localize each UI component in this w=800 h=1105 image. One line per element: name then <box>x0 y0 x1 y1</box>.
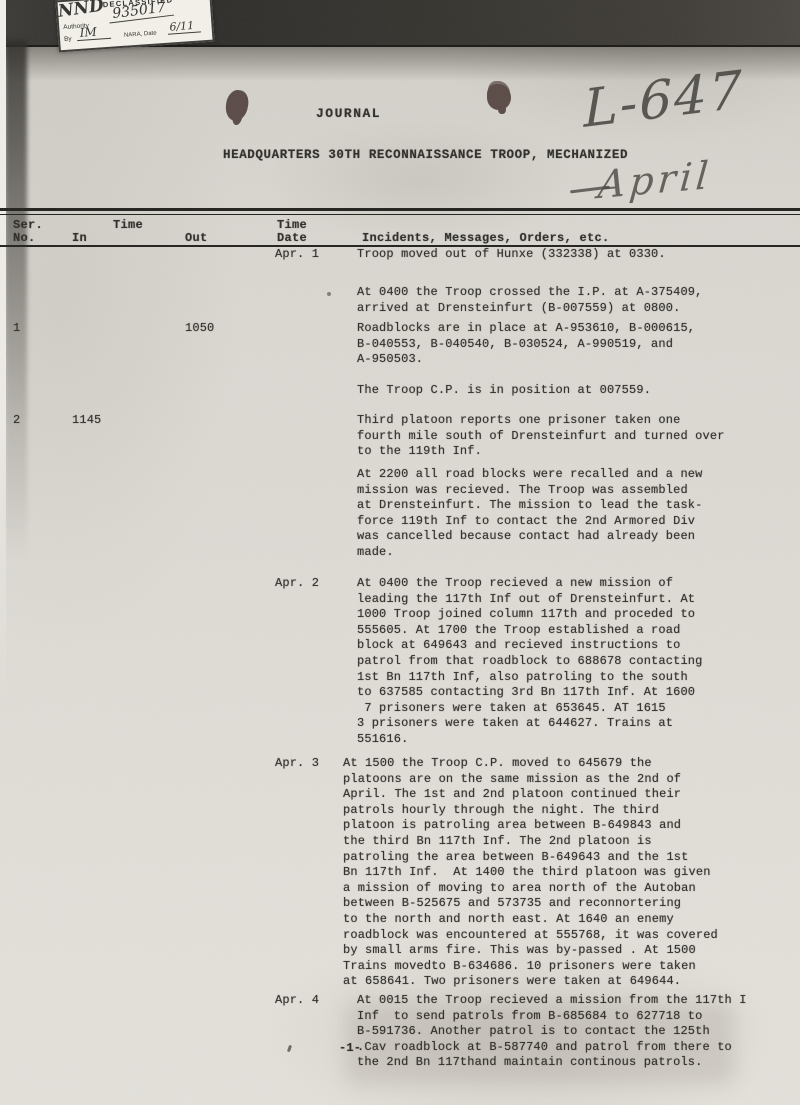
ink-blot-left <box>224 89 250 123</box>
page-number: -1- <box>339 1041 361 1055</box>
entry-date: Apr. 1 <box>275 247 319 263</box>
entry-serial-number: 1 <box>13 321 20 337</box>
unit-heading: HEADQUARTERS 30TH RECONNAISSANCE TROOP, … <box>223 148 628 162</box>
column-header-out: Out <box>185 231 208 245</box>
stamp-date-value: 6/11 <box>167 18 201 34</box>
column-header-incidents: Incidents, Messages, Orders, etc. <box>362 231 610 245</box>
stamp-nnd-handwriting: NND <box>57 0 105 22</box>
table-top-rule-thin <box>0 214 800 215</box>
stamp-by-label: By <box>64 35 72 43</box>
entry-serial-number: 2 <box>13 413 20 429</box>
entry-date: Apr. 2 <box>275 576 319 592</box>
journal-page: NND DECLASSIFIED 935017 Authority By IM … <box>0 0 800 1105</box>
column-header-date: Date <box>277 231 307 245</box>
column-header-no: No. <box>13 231 36 245</box>
entry-text: Troop moved out of Hunxe (332338) at 033… <box>357 247 785 263</box>
entry-text: Roadblocks are in place at A-953610, B-0… <box>357 321 785 368</box>
table-top-rule-thick <box>0 208 800 211</box>
entry-text: At 0015 the Troop recieved a mission fro… <box>357 993 785 1071</box>
stray-ink-dot <box>327 292 331 296</box>
entry-text: At 0400 the Troop crossed the I.P. at A-… <box>357 285 785 316</box>
entry-time-in: 1145 <box>72 413 101 429</box>
scan-left-edge <box>0 0 6 700</box>
entry-text: Third platoon reports one prisoner taken… <box>357 413 785 460</box>
stamp-by-initials: IM <box>76 24 111 41</box>
scan-left-shadow <box>5 40 27 560</box>
column-header-time-in: Time <box>113 218 143 232</box>
entry-date: Apr. 3 <box>275 756 319 772</box>
column-header-ser: Ser. <box>13 218 43 232</box>
column-header-in: In <box>72 231 87 245</box>
stamp-nara-date-label: NARA, Date <box>124 31 157 39</box>
journal-title: JOURNAL <box>316 106 381 121</box>
entry-text: At 2200 all road blocks were recalled an… <box>357 467 785 561</box>
entry-text: At 1500 the Troop C.P. moved to 645679 t… <box>343 756 781 990</box>
entry-date: Apr. 4 <box>275 993 319 1009</box>
entry-text: At 0400 the Troop recieved a new mission… <box>357 576 785 748</box>
entry-time-out: 1050 <box>185 321 214 337</box>
ink-blot-right <box>487 84 511 110</box>
column-header-time-date: Time <box>277 218 307 232</box>
entry-text: The Troop C.P. is in position at 007559. <box>357 383 785 399</box>
stray-ink-tick <box>287 1045 292 1053</box>
